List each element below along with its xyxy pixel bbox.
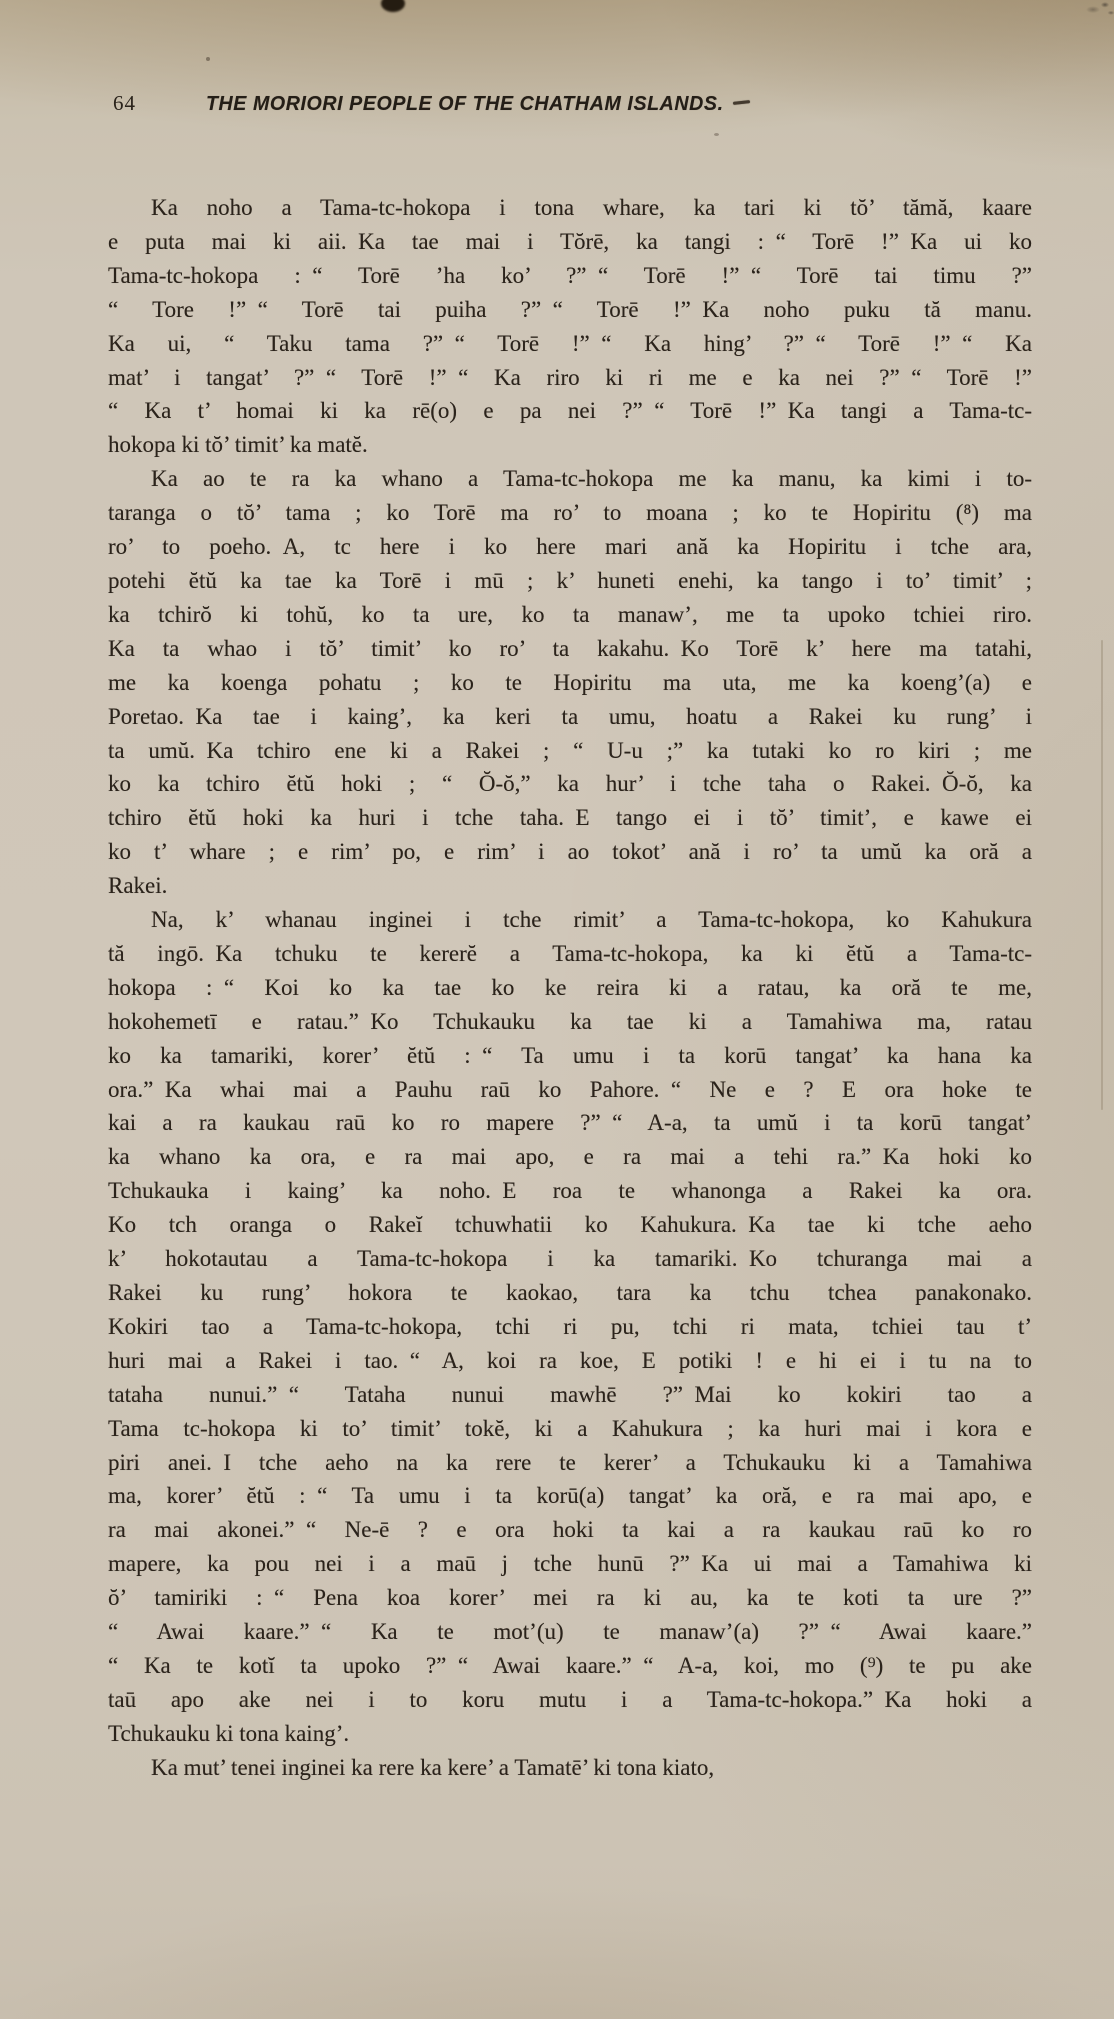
- text-line: huri mai a Rakei i tao. “ A, koi ra koe,…: [108, 1344, 1032, 1378]
- text-line: ma, korer’ ĕtŭ : “ Ta umu i ta korū(a) t…: [108, 1479, 1032, 1513]
- text-line: Tama tc-hokopa ki to’ timit’ tokĕ, ki a …: [108, 1412, 1032, 1446]
- text-line: potehi ĕtŭ ka tae ka Torē i mū ; k’ hune…: [108, 564, 1032, 598]
- text-line: mat’ i tangat’ ?” “ Torē !” “ Ka riro ki…: [108, 361, 1032, 395]
- text-line: Ko tch oranga o Rakeĭ tchuwhatii ko Kahu…: [108, 1208, 1032, 1242]
- text-line: “ Ka t’ homai ki ka rē(o) e pa nei ?” “ …: [108, 394, 1032, 428]
- text-line: ta umŭ. Ka tchiro ene ki a Rakei ; “ U-u…: [108, 734, 1032, 768]
- page-header: 64THE MORIORI PEOPLE OF THE CHATHAM ISLA…: [113, 93, 1033, 115]
- text-line: ko ka tamariki, korer’ ĕtŭ : “ Ta umu i …: [108, 1039, 1032, 1073]
- text-line: e puta mai ki aii. Ka tae mai i Tŏrē, ka…: [108, 225, 1032, 259]
- text-line: ka tchirŏ ki tohŭ, ko ta ure, ko ta mana…: [108, 598, 1032, 632]
- text-line: ora.” Ka whai mai a Pauhu raū ko Pahore.…: [108, 1073, 1032, 1107]
- text-line: hokopa ki tŏ’ timit’ ka matĕ.: [108, 428, 1032, 462]
- text-line: “ Ka te kotĭ ta upoko ?” “ Awai kaare.” …: [108, 1649, 1032, 1683]
- text-line: Ka ui, “ Taku tama ?” “ Torē !” “ Ka hin…: [108, 327, 1032, 361]
- paragraph: Na, k’ whanau inginei i tche rimit’ a Ta…: [108, 903, 1032, 1751]
- page-edge-mark: [1101, 640, 1103, 1110]
- text-line: Ka mut’ tenei inginei ka rere ka kere’ a…: [108, 1751, 1032, 1785]
- text-line: ro’ to poeho. A, tc here i ko here mari …: [108, 530, 1032, 564]
- text-line: Ka ao te ra ka whano a Tama-tc-hokopa me…: [108, 462, 1032, 496]
- book-page: 64THE MORIORI PEOPLE OF THE CHATHAM ISLA…: [0, 0, 1114, 2019]
- paragraph: Ka noho a Tama-tc-hokopa i tona whare, k…: [108, 191, 1032, 462]
- paragraph: Ka mut’ tenei inginei ka rere ka kere’ a…: [108, 1751, 1032, 1785]
- running-title: THE MORIORI PEOPLE OF THE CHATHAM ISLAND…: [206, 94, 724, 114]
- text-line: ŏ’ tamiriki : “ Pena koa korer’ mei ra k…: [108, 1581, 1032, 1615]
- text-line: Tchukauka i kaing’ ka noho. E roa te wha…: [108, 1174, 1032, 1208]
- text-line: kai a ra kaukau raū ko ro mapere ?” “ A-…: [108, 1106, 1032, 1140]
- paper-speck: [206, 57, 210, 61]
- text-line: “ Awai kaare.” “ Ka te mot’(u) te manaw’…: [108, 1615, 1032, 1649]
- text-line: me ka koenga pohatu ; ko te Hopiritu ma …: [108, 666, 1032, 700]
- text-line: tă ingō. Ka tchuku te kererĕ a Tama-tc-h…: [108, 937, 1032, 971]
- text-line: Tama-tc-hokopa : “ Torē ’ha ko’ ?” “ Tor…: [108, 259, 1032, 293]
- text-line: Na, k’ whanau inginei i tche rimit’ a Ta…: [108, 903, 1032, 937]
- page-number: 64: [113, 91, 136, 115]
- text-line: tataha nunui.” “ Tataha nunui mawhē ?” M…: [108, 1378, 1032, 1412]
- text-line: Ka noho a Tama-tc-hokopa i tona whare, k…: [108, 191, 1032, 225]
- text-line: Ka ta whao i tŏ’ timit’ ko ro’ ta kakahu…: [108, 632, 1032, 666]
- text-line: Kokiri tao a Tama-tc-hokopa, tchi ri pu,…: [108, 1310, 1032, 1344]
- text-line: taranga o tŏ’ tama ; ko Torē ma ro’ to m…: [108, 496, 1032, 530]
- text-line: Rakei ku rung’ hokora te kaokao, tara ka…: [108, 1276, 1032, 1310]
- text-line: ko ka tchiro ĕtŭ hoki ; “ Ŏ-ŏ,” ka hur’ …: [108, 767, 1032, 801]
- text-line: piri anei. I tche aeho na ka rere te ker…: [108, 1446, 1032, 1480]
- paragraph: Ka ao te ra ka whano a Tama-tc-hokopa me…: [108, 462, 1032, 903]
- text-line: hokopa : “ Koi ko ka tae ko ke reira ki …: [108, 971, 1032, 1005]
- text-line: Poretao. Ka tae i kaing’, ka keri ta umu…: [108, 700, 1032, 734]
- text-line: ka whano ka ora, e ra mai apo, e ra mai …: [108, 1140, 1032, 1174]
- ink-blot-artifact: [381, 0, 405, 12]
- text-line: hokohemetī e ratau.” Ko Tchukauku ka tae…: [108, 1005, 1032, 1039]
- text-line: ra mai akonei.” “ Ne-ē ? e ora hoki ta k…: [108, 1513, 1032, 1547]
- corner-smudge-artifact: [1084, 0, 1114, 16]
- text-line: mapere, ka pou nei i a maū j tche hunū ?…: [108, 1547, 1032, 1581]
- text-line: taū apo ake nei i to koru mutu i a Tama-…: [108, 1683, 1032, 1717]
- text-line: tchiro ĕtŭ hoki ka huri i tche taha. E t…: [108, 801, 1032, 835]
- paper-speck: [714, 133, 719, 136]
- text-line: k’ hokotautau a Tama-tc-hokopa i ka tama…: [108, 1242, 1032, 1276]
- text-line: Tchukauku ki tona kaing’.: [108, 1717, 1032, 1751]
- page-text: Ka noho a Tama-tc-hokopa i tona whare, k…: [108, 191, 1032, 1785]
- text-line: ko t’ whare ; e rim’ po, e rim’ i ao tok…: [108, 835, 1032, 869]
- text-line: Rakei.: [108, 869, 1032, 903]
- text-line: “ Tore !” “ Torē tai puiha ?” “ Torē !” …: [108, 293, 1032, 327]
